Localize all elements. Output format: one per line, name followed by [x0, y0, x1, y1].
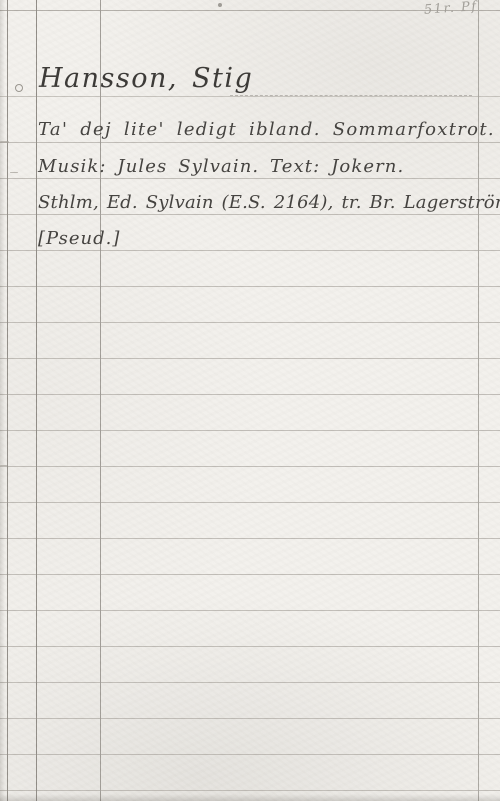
ink-smudge-dot — [218, 3, 222, 7]
heading-rule-line — [0, 96, 500, 97]
entry-line-title: Ta' dej lite' ledigt ibland. Sommarfoxtr… — [38, 119, 495, 140]
margin-circle-mark — [15, 84, 23, 92]
entry-line-credits: Musik: Jules Sylvain. Text: Jokern. — [38, 156, 404, 177]
bottom-edge-shadow — [0, 794, 500, 801]
heading-dotted-rule — [230, 95, 472, 96]
margin-tick — [0, 141, 9, 143]
catalog-card: 51r. Pf Hansson, Stig Ta' dej lite' ledi… — [0, 0, 500, 801]
card-heading-author: Hansson, Stig — [39, 63, 253, 94]
entry-line-publisher: Sthlm, Ed. Sylvain (E.S. 2164), tr. Br. … — [38, 192, 500, 213]
pencil-shelf-mark: 51r. Pf — [424, 0, 479, 18]
left-margin-line — [36, 0, 37, 801]
margin-tick — [10, 172, 18, 173]
left-edge-line — [7, 0, 8, 801]
left-edge-shadow — [0, 0, 5, 801]
margin-tick — [0, 465, 7, 466]
entry-line-pseudonym-note: [Pseud.] — [38, 228, 120, 249]
